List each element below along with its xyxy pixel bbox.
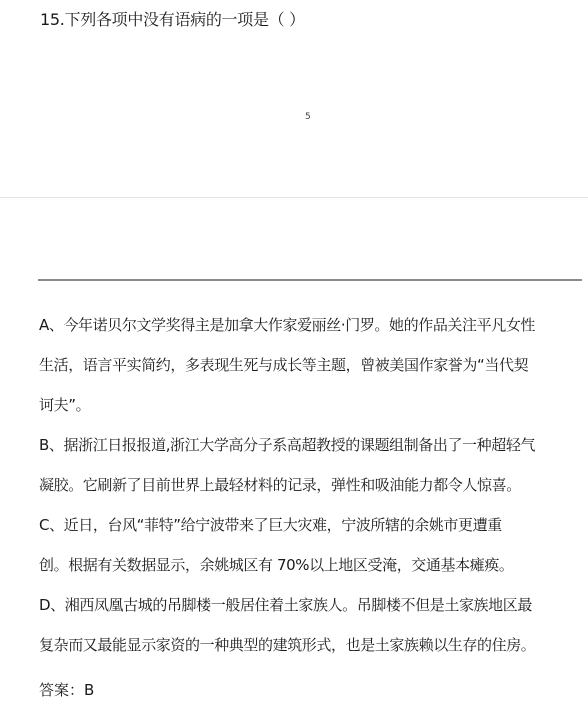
option-c: C、近日，台风“菲特”给宁波带来了巨大灾难，宁波所辖的余姚市更遭重 创。根据有关… (39, 505, 579, 585)
option-c-line-2: 创。根据有关数据显示，余姚城区有 70%以上地区受淹，交通基本瘫痪。 (39, 545, 579, 585)
option-b-line-1: B、据浙江日报报道,浙江大学高分子系高超教授的课题组制备出了一种超轻气 (39, 425, 579, 465)
option-a-line-3: 诃夫”。 (39, 385, 579, 425)
horizontal-rule (38, 279, 582, 281)
option-b: B、据浙江日报报道,浙江大学高分子系高超教授的课题组制备出了一种超轻气 凝胶。它… (39, 425, 579, 505)
answer: 答案：B (39, 670, 94, 707)
option-d-line-2: 复杂而又最能显示家资的一种典型的建筑形式，也是土家族赖以生存的住房。 (39, 625, 579, 665)
option-c-line-1: C、近日，台风“菲特”给宁波带来了巨大灾难，宁波所辖的余姚市更遭重 (39, 505, 579, 545)
page-number: 5 (305, 111, 311, 123)
option-a-line-1: A、今年诺贝尔文学奖得主是加拿大作家爱丽丝·门罗。她的作品关注平凡女性 (39, 305, 579, 345)
option-d-line-1: D、湘西凤凰古城的吊脚楼一般居住着土家族人。吊脚楼不但是土家族地区最 (39, 585, 579, 625)
page-break-divider (0, 197, 588, 198)
option-a-line-2: 生活，语言平实简约，多表现生死与成长等主题，曾被美国作家誉为“当代契 (39, 345, 579, 385)
option-d: D、湘西凤凰古城的吊脚楼一般居住着土家族人。吊脚楼不但是土家族地区最 复杂而又最… (39, 585, 579, 665)
option-b-line-2: 凝胶。它刷新了目前世界上最轻材料的记录，弹性和吸油能力都令人惊喜。 (39, 465, 579, 505)
option-a: A、今年诺贝尔文学奖得主是加拿大作家爱丽丝·门罗。她的作品关注平凡女性 生活，语… (39, 305, 579, 425)
question-title: 15.下列各项中没有语病的一项是（ ） (40, 9, 305, 31)
